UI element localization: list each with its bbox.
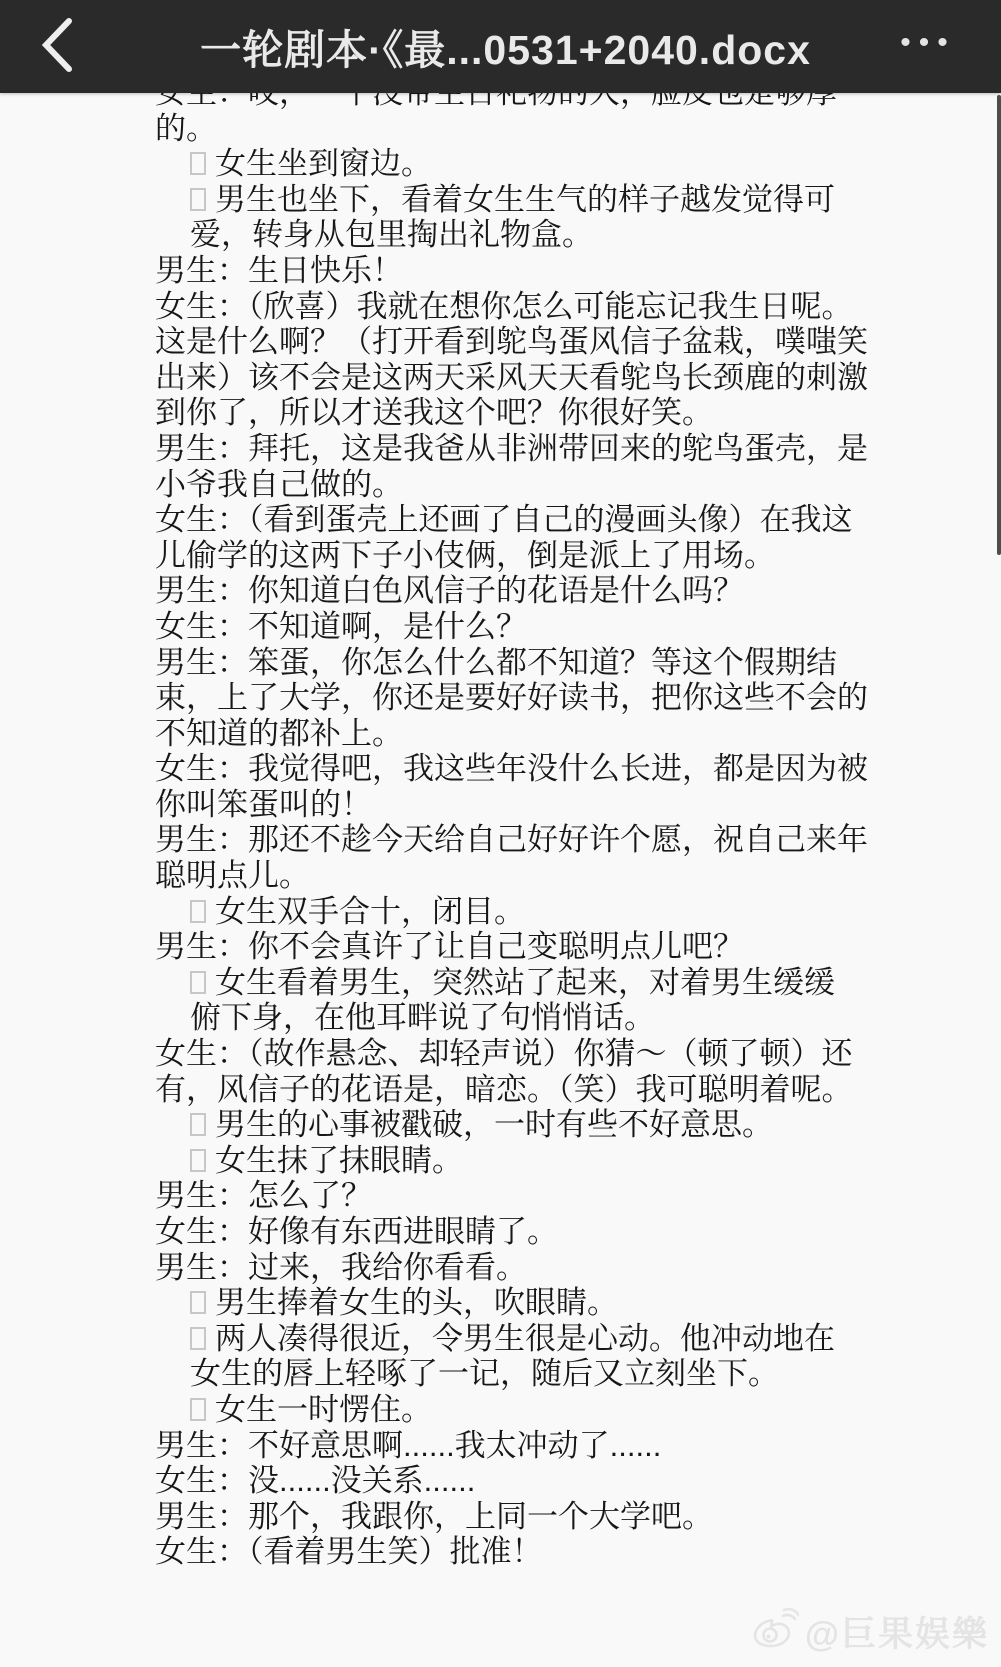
script-paragraph: 男生：你不会真许了让自己变聪明点儿吧？ [0, 929, 1001, 965]
paragraph-text: 男生：生日快乐！ [155, 253, 403, 288]
missing-glyph-box-icon [190, 1291, 206, 1314]
script-paragraph: 两人凑得很近，令男生很是心动。他冲动地在女生的唇上轻啄了一记，随后又立刻坐下。 [0, 1321, 1001, 1392]
document-viewer-header: 一轮剧本·《最...0531+2040.docx ••• [0, 0, 1001, 93]
script-paragraph: 女生：（欣喜）我就在想你怎么可能忘记我生日呢。这是什么啊？（打开看到鸵鸟蛋风信子… [0, 289, 1001, 431]
script-paragraph: 女生：我觉得吧，我这些年没什么长进，都是因为被你叫笨蛋叫的！ [0, 751, 1001, 822]
script-paragraph: 女生抹了抹眼睛。 [0, 1143, 1001, 1179]
paragraph-text: 女生抹了抹眼睛。 [215, 1143, 463, 1178]
paragraph-text: 女生：（看到蛋壳上还画了自己的漫画头像）在我这儿偷学的这两下子小伎俩，倒是派上了… [155, 502, 853, 573]
paragraph-text: 女生：（欣喜）我就在想你怎么可能忘记我生日呢。这是什么啊？（打开看到鸵鸟蛋风信子… [155, 289, 868, 431]
paragraph-text: 两人凑得很近，令男生很是心动。他冲动地在女生的唇上轻啄了一记，随后又立刻坐下。 [190, 1321, 835, 1392]
document-title: 一轮剧本·《最...0531+2040.docx [0, 17, 1001, 76]
weibo-icon [753, 1608, 805, 1657]
paragraph-text: 男生：不好意思啊......我太冲动了...... [155, 1428, 661, 1463]
script-paragraph: 男生：过来，我给你看看。 [0, 1250, 1001, 1286]
missing-glyph-box-icon [190, 1398, 206, 1421]
script-paragraph: 男生：那还不趁今天给自己好好许个愿，祝自己来年聪明点儿。 [0, 822, 1001, 893]
paragraph-text: 女生：好像有东西进眼睛了。 [155, 1214, 558, 1249]
script-paragraph: 女生：（看到蛋壳上还画了自己的漫画头像）在我这儿偷学的这两下子小伎俩，倒是派上了… [0, 502, 1001, 573]
paragraph-text: 女生：不知道啊，是什么？ [155, 609, 527, 644]
paragraph-text: 女生：没......没关系...... [155, 1463, 475, 1498]
back-button[interactable] [22, 0, 92, 93]
script-paragraph: 男生：那个，我跟你，上同一个大学吧。 [0, 1499, 1001, 1535]
document-page: 女生：哎，一个没带生日礼物的人，脸皮也是够厚的。女生坐到窗边。男生也坐下，看着女… [0, 0, 1001, 1570]
script-paragraph: 女生一时愣住。 [0, 1392, 1001, 1428]
script-paragraph: 女生坐到窗边。 [0, 146, 1001, 182]
scrollbar-thumb[interactable] [997, 95, 1001, 555]
chevron-left-icon [40, 17, 74, 76]
script-paragraph: 女生看着男生，突然站了起来，对着男生缓缓俯下身，在他耳畔说了句悄悄话。 [0, 965, 1001, 1036]
missing-glyph-box-icon [190, 1327, 206, 1350]
ellipsis-icon: ••• [900, 28, 956, 58]
paragraph-text: 男生：你不会真许了让自己变聪明点儿吧？ [155, 929, 744, 964]
script-paragraph: 男生：你知道白色风信子的花语是什么吗？ [0, 573, 1001, 609]
phone-screen: 女生：哎，一个没带生日礼物的人，脸皮也是够厚的。女生坐到窗边。男生也坐下，看着女… [0, 0, 1001, 1667]
paragraph-text: 男生：怎么了？ [155, 1178, 372, 1213]
paragraph-text: 女生：我觉得吧，我这些年没什么长进，都是因为被你叫笨蛋叫的！ [155, 751, 868, 822]
watermark: @巨果娱樂 [753, 1607, 989, 1657]
script-paragraph: 男生：生日快乐！ [0, 253, 1001, 289]
script-paragraph: 男生的心事被戳破，一时有些不好意思。 [0, 1107, 1001, 1143]
script-paragraph: 男生也坐下，看着女生生气的样子越发觉得可爱，转身从包里掏出礼物盒。 [0, 182, 1001, 253]
paragraph-text: 男生：拜托，这是我爸从非洲带回来的鸵鸟蛋壳，是小爷我自己做的。 [155, 431, 868, 502]
paragraph-text: 女生：（看着男生笑）批准！ [155, 1534, 543, 1569]
paragraph-text: 男生的心事被戳破，一时有些不好意思。 [215, 1107, 773, 1142]
script-paragraph: 男生：拜托，这是我爸从非洲带回来的鸵鸟蛋壳，是小爷我自己做的。 [0, 431, 1001, 502]
script-paragraph: 女生：不知道啊，是什么？ [0, 609, 1001, 645]
paragraph-text: 男生捧着女生的头，吹眼睛。 [215, 1285, 618, 1320]
missing-glyph-box-icon [190, 900, 206, 923]
script-paragraph: 女生：（看着男生笑）批准！ [0, 1534, 1001, 1570]
script-paragraph: 男生：笨蛋，你怎么什么都不知道？等这个假期结束，上了大学，你还是要好好读书，把你… [0, 645, 1001, 752]
script-paragraph: 男生：怎么了？ [0, 1178, 1001, 1214]
paragraph-text: 女生一时愣住。 [215, 1392, 432, 1427]
paragraph-text: 女生双手合十，闭目。 [215, 894, 525, 929]
script-paragraph: 女生双手合十，闭目。 [0, 894, 1001, 930]
missing-glyph-box-icon [190, 188, 206, 211]
paragraph-text: 男生也坐下，看着女生生气的样子越发觉得可爱，转身从包里掏出礼物盒。 [190, 182, 835, 253]
script-paragraph: 男生捧着女生的头，吹眼睛。 [0, 1285, 1001, 1321]
paragraph-text: 男生：过来，我给你看看。 [155, 1250, 527, 1285]
missing-glyph-box-icon [190, 971, 206, 994]
paragraph-text: 女生：（故作悬念、却轻声说）你猜～（顿了顿）还有，风信子的花语是，暗恋。（笑）我… [155, 1036, 853, 1107]
missing-glyph-box-icon [190, 1113, 206, 1136]
watermark-text: @巨果娱樂 [805, 1607, 989, 1657]
more-options-button[interactable]: ••• [883, 0, 973, 93]
paragraph-text: 男生：那个，我跟你，上同一个大学吧。 [155, 1499, 713, 1534]
paragraph-text: 女生坐到窗边。 [215, 146, 432, 181]
paragraph-text: 男生：那还不趁今天给自己好好许个愿，祝自己来年聪明点儿。 [155, 822, 868, 893]
paragraph-text: 男生：笨蛋，你怎么什么都不知道？等这个假期结束，上了大学，你还是要好好读书，把你… [155, 645, 868, 751]
missing-glyph-box-icon [190, 1149, 206, 1172]
paragraph-text: 女生看着男生，突然站了起来，对着男生缓缓俯下身，在他耳畔说了句悄悄话。 [190, 965, 835, 1036]
script-paragraph: 女生：（故作悬念、却轻声说）你猜～（顿了顿）还有，风信子的花语是，暗恋。（笑）我… [0, 1036, 1001, 1107]
paragraph-text: 男生：你知道白色风信子的花语是什么吗？ [155, 573, 744, 608]
script-paragraph: 男生：不好意思啊......我太冲动了...... [0, 1428, 1001, 1464]
missing-glyph-box-icon [190, 152, 206, 175]
script-paragraph: 女生：好像有东西进眼睛了。 [0, 1214, 1001, 1250]
script-paragraph: 女生：没......没关系...... [0, 1463, 1001, 1499]
